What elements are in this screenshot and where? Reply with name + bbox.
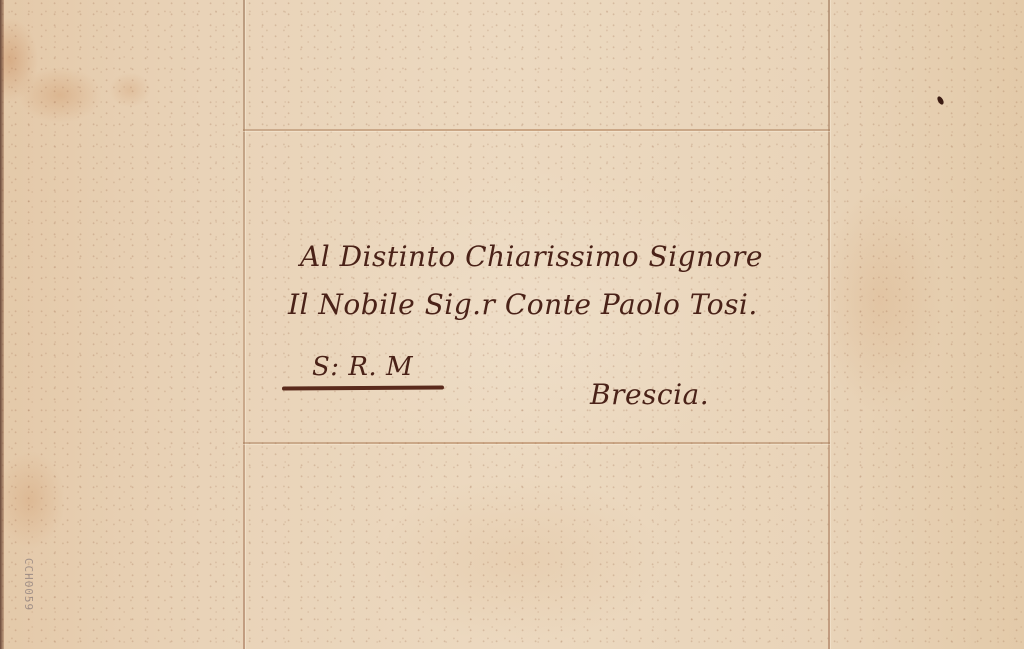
address-salutation: Al Distinto Chiarissimo Signore (300, 240, 763, 273)
address-abbreviation: S: R. M (312, 352, 413, 382)
address-recipient: Il Nobile Sig.r Conte Paolo Tosi. (288, 288, 758, 321)
fold-line-left (243, 0, 245, 649)
letter-cover: Al Distinto Chiarissimo Signore Il Nobil… (0, 0, 1024, 649)
abbreviation-underline (282, 385, 444, 390)
fold-line-right (828, 0, 830, 649)
archive-stamp: CCH0059 (22, 558, 35, 611)
fold-line-bottom (243, 442, 830, 444)
address-city: Brescia. (590, 378, 709, 411)
paper-texture (0, 0, 1024, 649)
fold-line-top (243, 129, 830, 131)
ink-blot (936, 95, 945, 105)
paper-edge (0, 0, 4, 649)
